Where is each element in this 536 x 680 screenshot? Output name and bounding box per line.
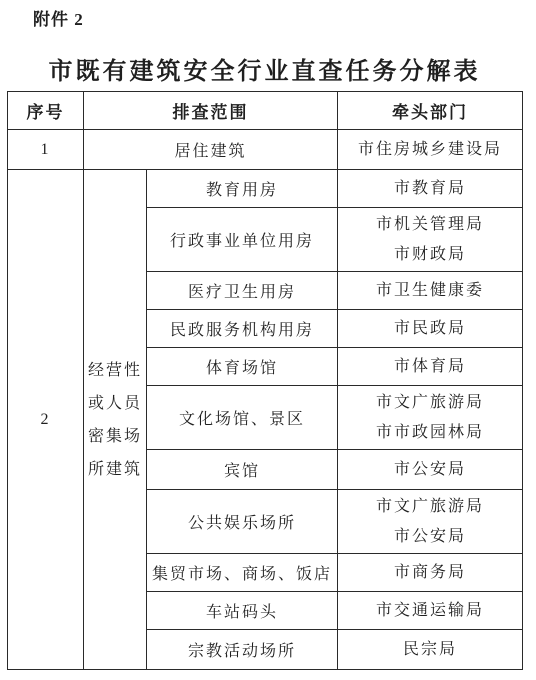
cell-serial: 2 xyxy=(8,170,84,670)
dept-line: 市民政局 xyxy=(339,318,521,340)
task-breakdown-table: 序号 排查范围 牵头部门 1 居住建筑 市住房城乡建设局 2 经营性或人员密集场… xyxy=(7,91,523,670)
cell-category: 经营性或人员密集场所建筑 xyxy=(84,170,147,670)
category-text: 经营性或人员密集场所建筑 xyxy=(86,354,144,486)
page-title: 市既有建筑安全行业直查任务分解表 xyxy=(7,51,522,86)
header-cell-dept: 牵头部门 xyxy=(338,92,523,130)
table-header-row: 序号 排查范围 牵头部门 xyxy=(8,92,523,130)
header-cell-serial: 序号 xyxy=(8,92,84,130)
cell-scope: 文化场馆、景区 xyxy=(147,386,338,450)
cell-dept: 市体育局 xyxy=(338,348,523,386)
dept-line: 市体育局 xyxy=(339,356,521,378)
dept-line: 市文广旅游局 xyxy=(339,492,521,522)
cell-serial: 1 xyxy=(8,130,84,170)
cell-scope: 教育用房 xyxy=(147,170,338,208)
cell-scope: 宾馆 xyxy=(147,450,338,490)
cell-scope: 宗教活动场所 xyxy=(147,630,338,670)
cell-scope: 集贸市场、商场、饭店 xyxy=(147,554,338,592)
cell-dept: 市文广旅游局 市公安局 xyxy=(338,490,523,554)
table-row: 1 居住建筑 市住房城乡建设局 xyxy=(8,130,523,170)
cell-dept: 市商务局 xyxy=(338,554,523,592)
dept-line: 市财政局 xyxy=(339,240,521,270)
dept-line: 市交通运输局 xyxy=(339,600,521,622)
dept-line: 市机关管理局 xyxy=(339,210,521,240)
cell-scope: 行政事业单位用房 xyxy=(147,208,338,272)
cell-dept: 市公安局 xyxy=(338,450,523,490)
cell-dept: 市机关管理局 市财政局 xyxy=(338,208,523,272)
dept-line: 市公安局 xyxy=(339,522,521,552)
dept-line: 市教育局 xyxy=(339,178,521,200)
header-cell-scope: 排查范围 xyxy=(84,92,338,130)
dept-line: 市卫生健康委 xyxy=(339,280,521,302)
dept-line: 市住房城乡建设局 xyxy=(339,139,521,161)
table-row: 2 经营性或人员密集场所建筑 教育用房 市教育局 xyxy=(8,170,523,208)
attachment-label: 附件 2 xyxy=(33,5,84,30)
cell-scope: 体育场馆 xyxy=(147,348,338,386)
dept-line: 市文广旅游局 xyxy=(339,388,521,418)
cell-dept: 市文广旅游局 市市政园林局 xyxy=(338,386,523,450)
cell-scope: 车站码头 xyxy=(147,592,338,630)
cell-scope: 居住建筑 xyxy=(84,130,338,170)
document-page: { "page": { "attachment_label": "附件 2", … xyxy=(0,0,536,680)
dept-line: 民宗局 xyxy=(339,639,521,661)
cell-dept: 市交通运输局 xyxy=(338,592,523,630)
cell-scope: 民政服务机构用房 xyxy=(147,310,338,348)
dept-line: 市市政园林局 xyxy=(339,418,521,448)
dept-line: 市公安局 xyxy=(339,459,521,481)
cell-dept: 市民政局 xyxy=(338,310,523,348)
cell-scope: 公共娱乐场所 xyxy=(147,490,338,554)
dept-line: 市商务局 xyxy=(339,562,521,584)
cell-dept: 市住房城乡建设局 xyxy=(338,130,523,170)
cell-dept: 市卫生健康委 xyxy=(338,272,523,310)
cell-dept: 民宗局 xyxy=(338,630,523,670)
cell-dept: 市教育局 xyxy=(338,170,523,208)
cell-scope: 医疗卫生用房 xyxy=(147,272,338,310)
